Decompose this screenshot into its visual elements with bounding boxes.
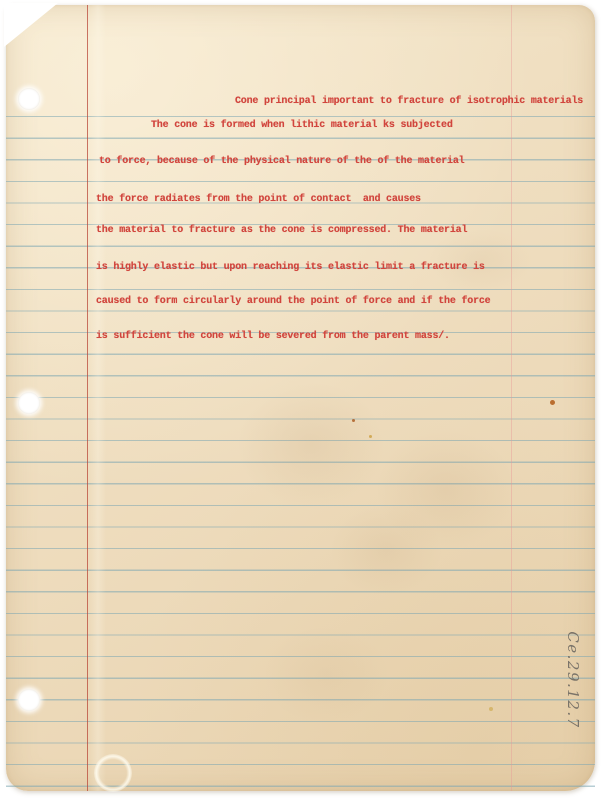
typed-line: The cone is formed when lithic material …: [151, 120, 453, 132]
punch-hole: [18, 689, 40, 711]
ink-speck: [489, 707, 493, 711]
typed-line: to force, because of the physical nature…: [99, 156, 464, 168]
typed-line: caused to form circularly around the poi…: [96, 296, 490, 308]
typed-line: is highly elastic but upon reaching its …: [96, 262, 485, 274]
notebook-page: Cone principal important to fracture of …: [6, 5, 595, 791]
punch-hole: [18, 88, 40, 110]
catalog-number-handwriting: Ce.29.12.7: [560, 610, 582, 750]
ink-speck: [550, 400, 555, 405]
ink-speck: [352, 419, 355, 422]
cut-corner: [4, 3, 58, 47]
left-margin-line: [87, 5, 88, 791]
punch-hole: [18, 392, 40, 414]
typed-title: Cone principal important to fracture of …: [235, 96, 583, 108]
right-margin-line: [511, 5, 512, 791]
typed-line: the material to fracture as the cone is …: [96, 225, 467, 237]
typed-line: is sufficient the cone will be severed f…: [96, 331, 450, 343]
ink-speck: [369, 435, 372, 438]
fold-streak: [90, 5, 106, 791]
typed-line: the force radiates from the point of con…: [96, 194, 421, 206]
